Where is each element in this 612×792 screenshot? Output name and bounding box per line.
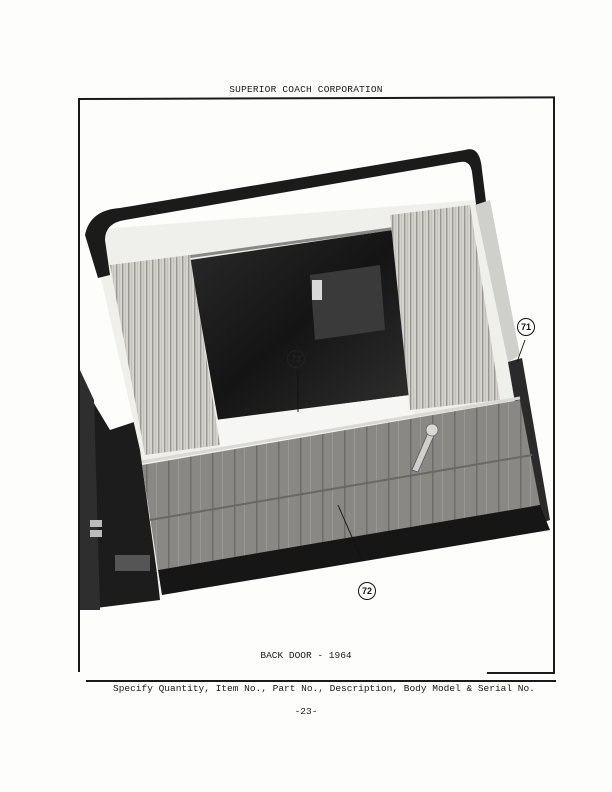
back-door-photograph (80, 100, 553, 610)
callout-72: 72 (358, 582, 376, 600)
page-number: -23- (0, 706, 612, 717)
document-page: SUPERIOR COACH CORPORATION (0, 0, 612, 792)
page-header-title: SUPERIOR COACH CORPORATION (0, 84, 612, 95)
callout-71: 71 (517, 318, 535, 336)
figure-frame-bottom (487, 672, 555, 674)
figure-frame-right (553, 97, 555, 673)
photo-illustration (80, 100, 553, 610)
callout-73: 73 (287, 350, 305, 368)
ordering-instructions: Specify Quantity, Item No., Part No., De… (113, 683, 535, 694)
figure-caption: BACK DOOR - 1964 (0, 650, 612, 661)
footer-rule (86, 680, 556, 682)
